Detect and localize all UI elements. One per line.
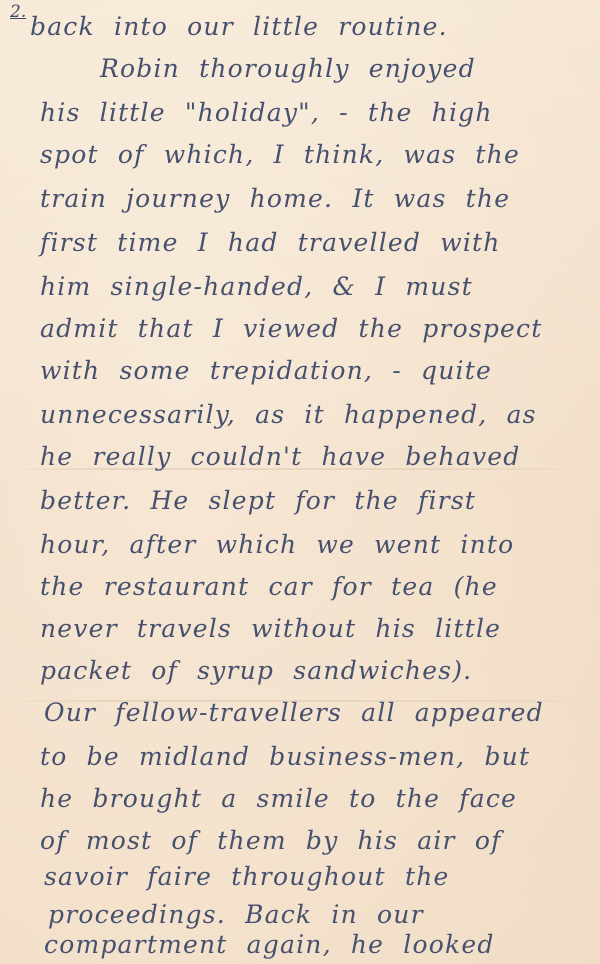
letter-page: 2. back into our little routine. Robin t… — [0, 0, 600, 964]
handwritten-line: compartment again, he looked — [44, 930, 495, 960]
handwritten-line: proceedings. Back in our — [48, 900, 424, 930]
handwritten-line: spot of which, I think, was the — [40, 140, 520, 170]
page-number: 2. — [10, 2, 26, 22]
handwritten-line: first time I had travelled with — [40, 228, 501, 258]
handwritten-line: he really couldn't have behaved — [40, 442, 520, 472]
handwritten-line: savoir faire throughout the — [44, 862, 450, 892]
handwritten-line: with some trepidation, - quite — [40, 356, 492, 386]
handwritten-line: his little "holiday", - the high — [40, 98, 493, 128]
handwritten-line: never travels without his little — [40, 614, 501, 644]
handwritten-line: unnecessarily, as it happened, as — [40, 400, 537, 430]
handwritten-line: better. He slept for the first — [40, 486, 476, 516]
handwritten-line: the restaurant car for tea (he — [40, 572, 498, 602]
handwritten-line: of most of them by his air of — [40, 826, 502, 856]
handwritten-line: to be midland business-men, but — [40, 742, 530, 772]
handwritten-line: packet of syrup sandwiches). — [40, 656, 472, 686]
handwritten-line: Our fellow-travellers all appeared — [44, 698, 544, 728]
handwritten-line: back into our little routine. — [30, 12, 448, 42]
handwritten-line: hour, after which we went into — [40, 530, 514, 560]
handwritten-line: he brought a smile to the face — [40, 784, 517, 814]
handwritten-line: him single-handed, & I must — [40, 272, 473, 302]
handwritten-line: admit that I viewed the prospect — [40, 314, 543, 344]
handwritten-line: train journey home. It was the — [40, 184, 510, 214]
handwritten-line: Robin thoroughly enjoyed — [100, 54, 476, 84]
